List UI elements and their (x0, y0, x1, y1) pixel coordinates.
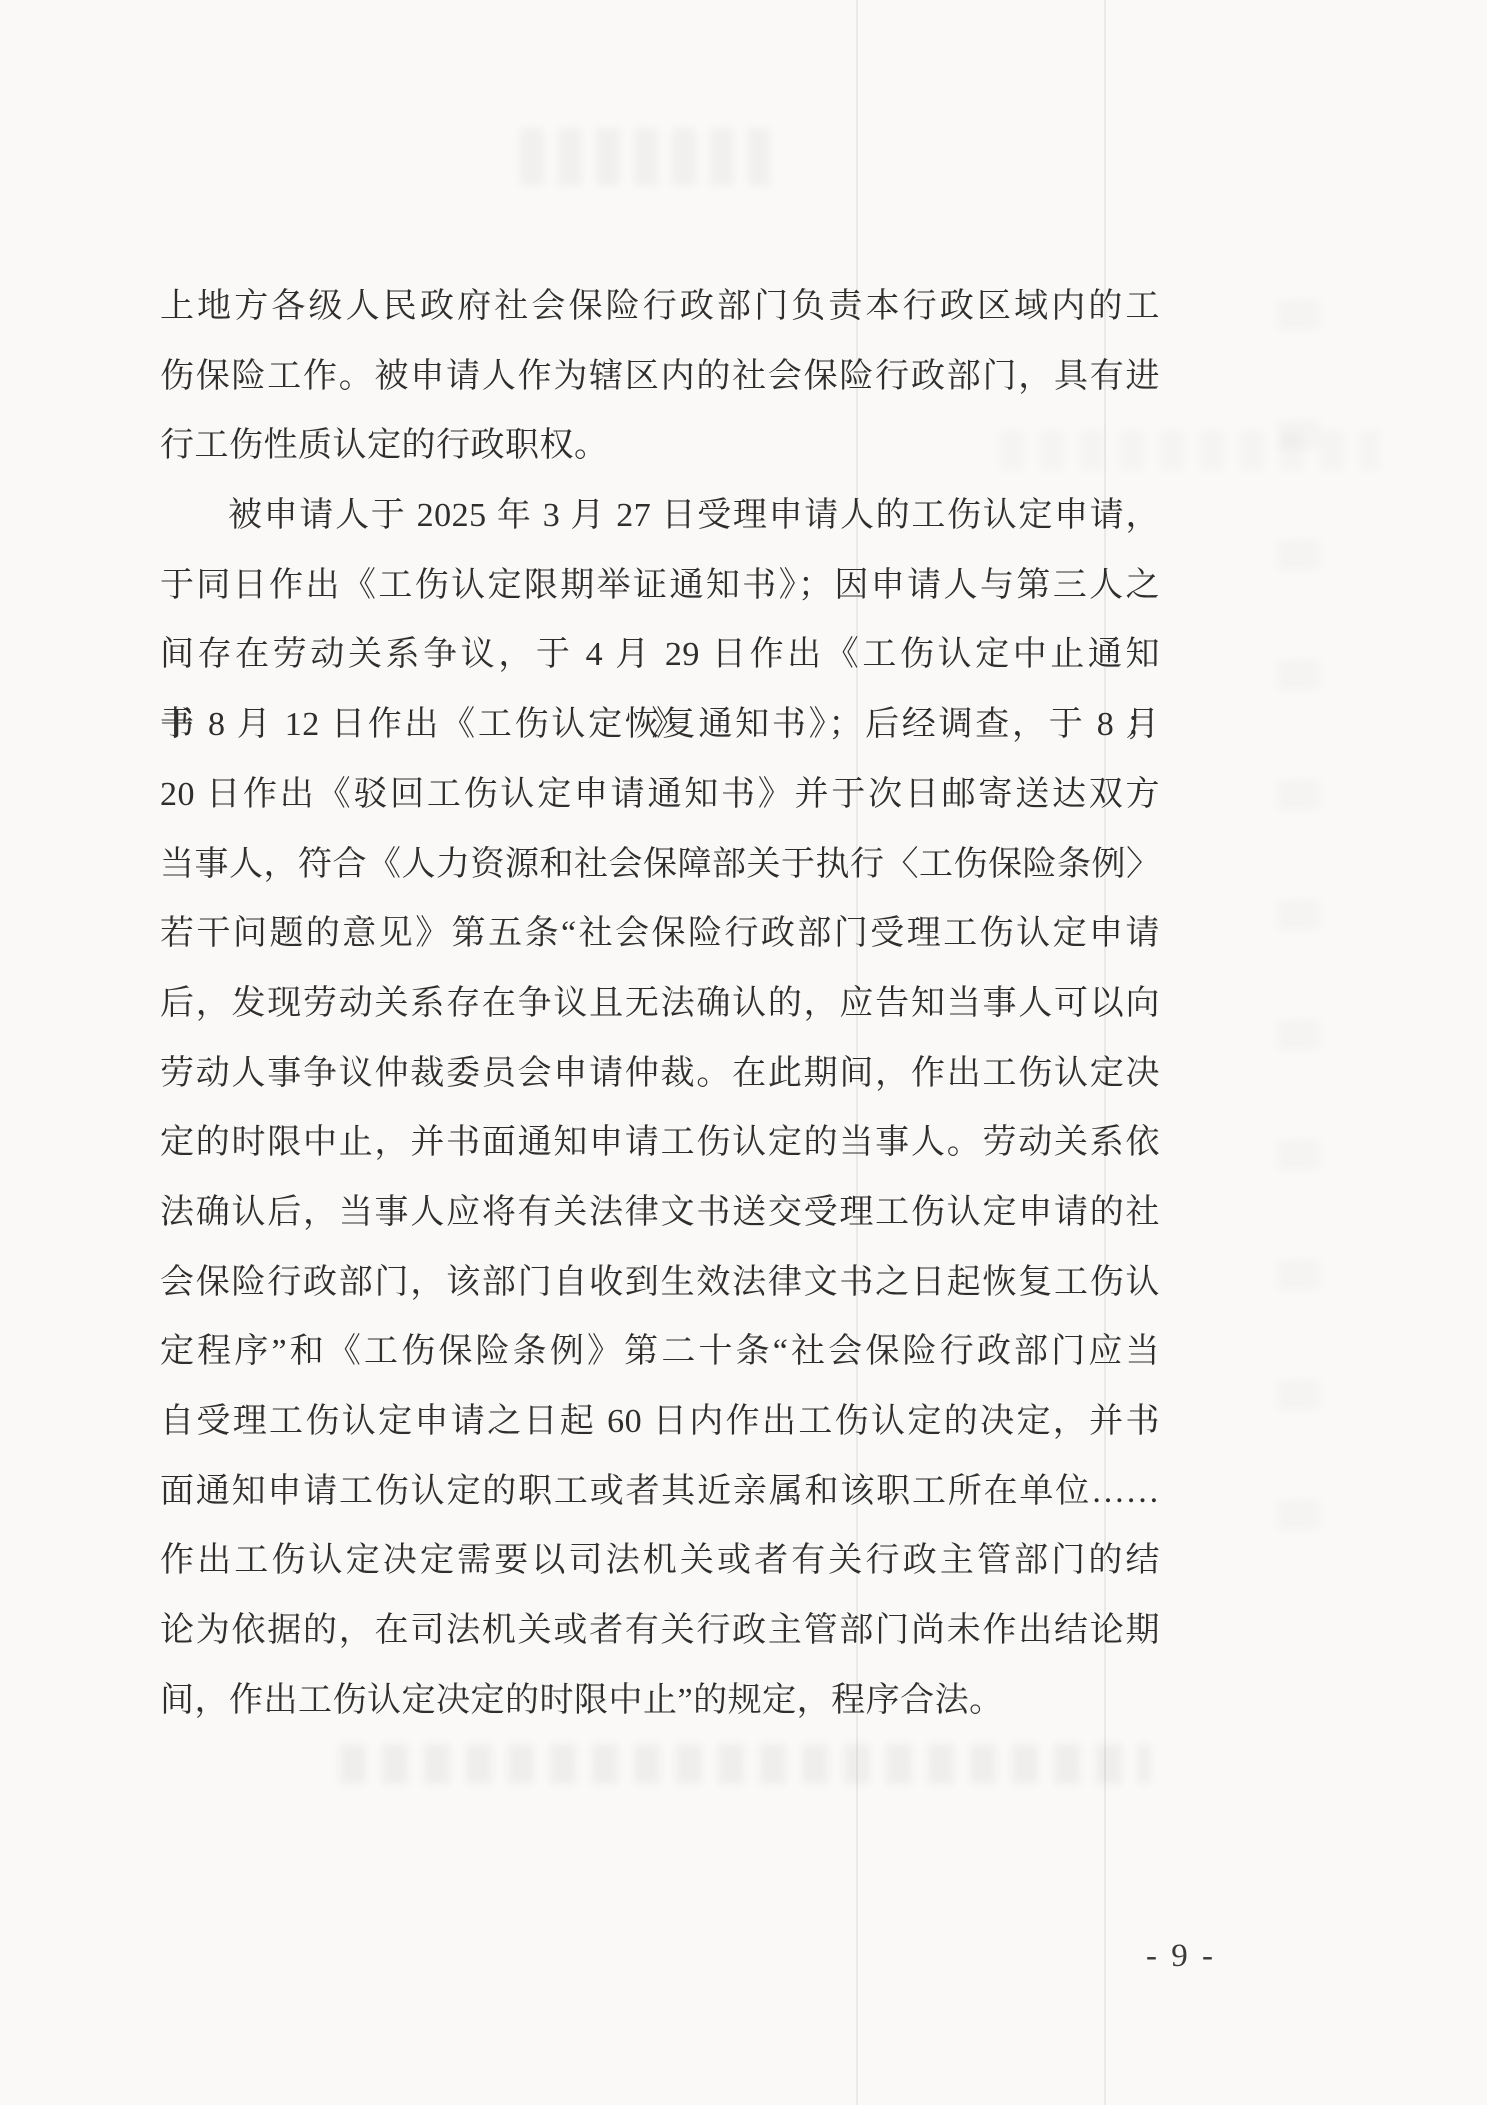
text-line: 于 8 月 12 日作出《工伤认定恢复通知书》；后经调查，于 8 月 (160, 690, 1160, 760)
bleed-through-artifact (520, 128, 770, 186)
text-line: 间存在劳动关系争议，于 4 月 29 日作出《工伤认定中止通知书》； (160, 620, 1160, 690)
text-line: 论为依据的，在司法机关或者有关行政主管部门尚未作出结论期 (160, 1596, 1160, 1666)
text-line: 上地方各级人民政府社会保险行政部门负责本行政区域内的工 (160, 272, 1160, 342)
document-body-text: 上地方各级人民政府社会保险行政部门负责本行政区域内的工伤保险工作。被申请人作为辖… (160, 272, 1160, 1735)
text-line: 伤保险工作。被申请人作为辖区内的社会保险行政部门，具有进 (160, 342, 1160, 412)
page-number: - 9 - (1146, 1938, 1216, 1975)
text-line: 面通知申请工伤认定的职工或者其近亲属和该职工所在单位…… (160, 1457, 1160, 1527)
text-line: 劳动人事争议仲裁委员会申请仲裁。在此期间，作出工伤认定决 (160, 1039, 1160, 1109)
text-line: 当事人，符合《人力资源和社会保障部关于执行〈工伤保险条例〉 (160, 830, 1160, 900)
text-line: 法确认后，当事人应将有关法律文书送交受理工伤认定申请的社 (160, 1178, 1160, 1248)
bleed-through-artifact (1278, 300, 1320, 1600)
bleed-through-artifact (340, 1744, 1150, 1784)
text-line: 若干问题的意见》第五条“社会保险行政部门受理工伤认定申请 (160, 899, 1160, 969)
text-line: 定的时限中止，并书面通知申请工伤认定的当事人。劳动关系依 (160, 1108, 1160, 1178)
text-line: 行工伤性质认定的行政职权。 (160, 411, 1160, 481)
document-page: 上地方各级人民政府社会保险行政部门负责本行政区域内的工伤保险工作。被申请人作为辖… (0, 0, 1487, 2105)
text-line: 20 日作出《驳回工伤认定申请通知书》并于次日邮寄送达双方 (160, 760, 1160, 830)
text-line: 被申请人于 2025 年 3 月 27 日受理申请人的工伤认定申请， (160, 481, 1160, 551)
text-line: 后，发现劳动关系存在争议且无法确认的，应告知当事人可以向 (160, 969, 1160, 1039)
text-line: 定程序”和《工伤保险条例》第二十条“社会保险行政部门应当 (160, 1317, 1160, 1387)
text-line: 作出工伤认定决定需要以司法机关或者有关行政主管部门的结 (160, 1526, 1160, 1596)
text-line: 间，作出工伤认定决定的时限中止”的规定，程序合法。 (160, 1666, 1160, 1736)
text-line: 自受理工伤认定申请之日起 60 日内作出工伤认定的决定，并书 (160, 1387, 1160, 1457)
text-line: 会保险行政部门，该部门自收到生效法律文书之日起恢复工伤认 (160, 1248, 1160, 1318)
text-line: 于同日作出《工伤认定限期举证通知书》；因申请人与第三人之 (160, 551, 1160, 621)
